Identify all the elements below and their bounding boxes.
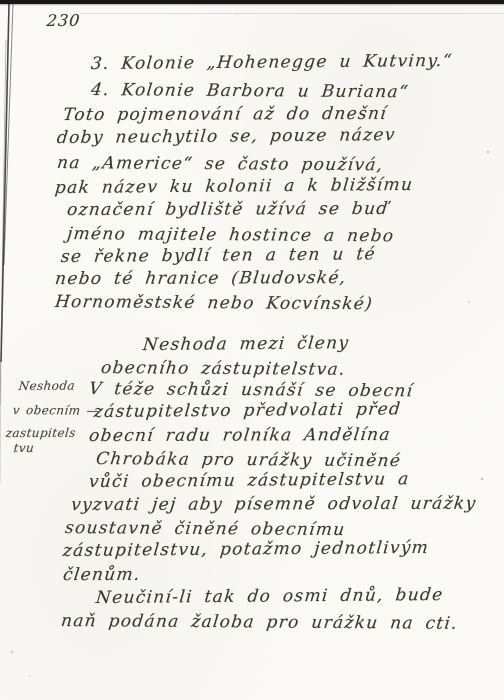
handwritten-line: V téže schůzi usnáší se obecní [88,381,414,400]
handwritten-line: nebo té hranice (Bludovské, [54,270,347,288]
handwritten-line: 4. Kolonie Barbora u Buriana“ [90,82,410,101]
margin-note-line: Neshoda [18,380,76,392]
handwritten-line: Toto pojmenování až do dnešní [62,106,388,124]
margin-note-line: tvu [13,442,35,454]
handwritten-line: naň podána žaloba pro urážku na cti. [60,613,459,633]
handwritten-line: se řekne bydlí ten a ten u té [60,246,377,266]
handwritten-line: obecní radu rolníka Andělína [88,427,392,445]
margin-note-line: v obecním — [12,404,100,417]
margin-note-line: zastupitels [5,427,76,439]
scan-top-edge-shadow [0,4,504,6]
section-heading-line: obecního zástupitelstva. [100,360,347,379]
scanned-document-page: 230 3. Kolonie „Hohenegge u Kutviny.“ 4.… [0,0,504,700]
handwritten-line: označení bydliště užívá se buď [66,201,389,219]
handwritten-line: jméno majitele hostince a nebo [66,226,395,245]
handwritten-line: Hornoměstské nebo Kocvínské) [54,294,374,313]
handwritten-line: členům. [62,567,142,584]
handwritten-line: vyzvati jej aby písemně odvolal urážky [70,496,477,514]
handwritten-line: zástupitelstvu, potažmo jednotlivým [62,540,430,560]
handwritten-line: zástupitelstvo předvolati před [93,401,402,421]
page-number: 230 [46,13,81,29]
handwritten-line: doby neuchytilo se, pouze název [56,127,396,147]
handwritten-line: 3. Kolonie „Hohenegge u Kutviny.“ [90,53,453,73]
handwritten-line: vůči obecnímu zástupitelstvu a [88,471,410,491]
section-heading-line: Neshoda mezi členy [142,335,350,354]
handwritten-line: pak název ku kolonii a k bližšímu [54,177,414,197]
handwritten-line: na „Americe“ se často používá, [56,155,384,174]
scan-faint-line [80,13,504,14]
handwritten-line: Neučiní-li tak do osmi dnů, bude [95,587,444,607]
handwritten-line: soustavně činěné obecnímu [64,520,346,539]
handwritten-line: Chrobáka pro urážky učiněné [95,451,402,470]
